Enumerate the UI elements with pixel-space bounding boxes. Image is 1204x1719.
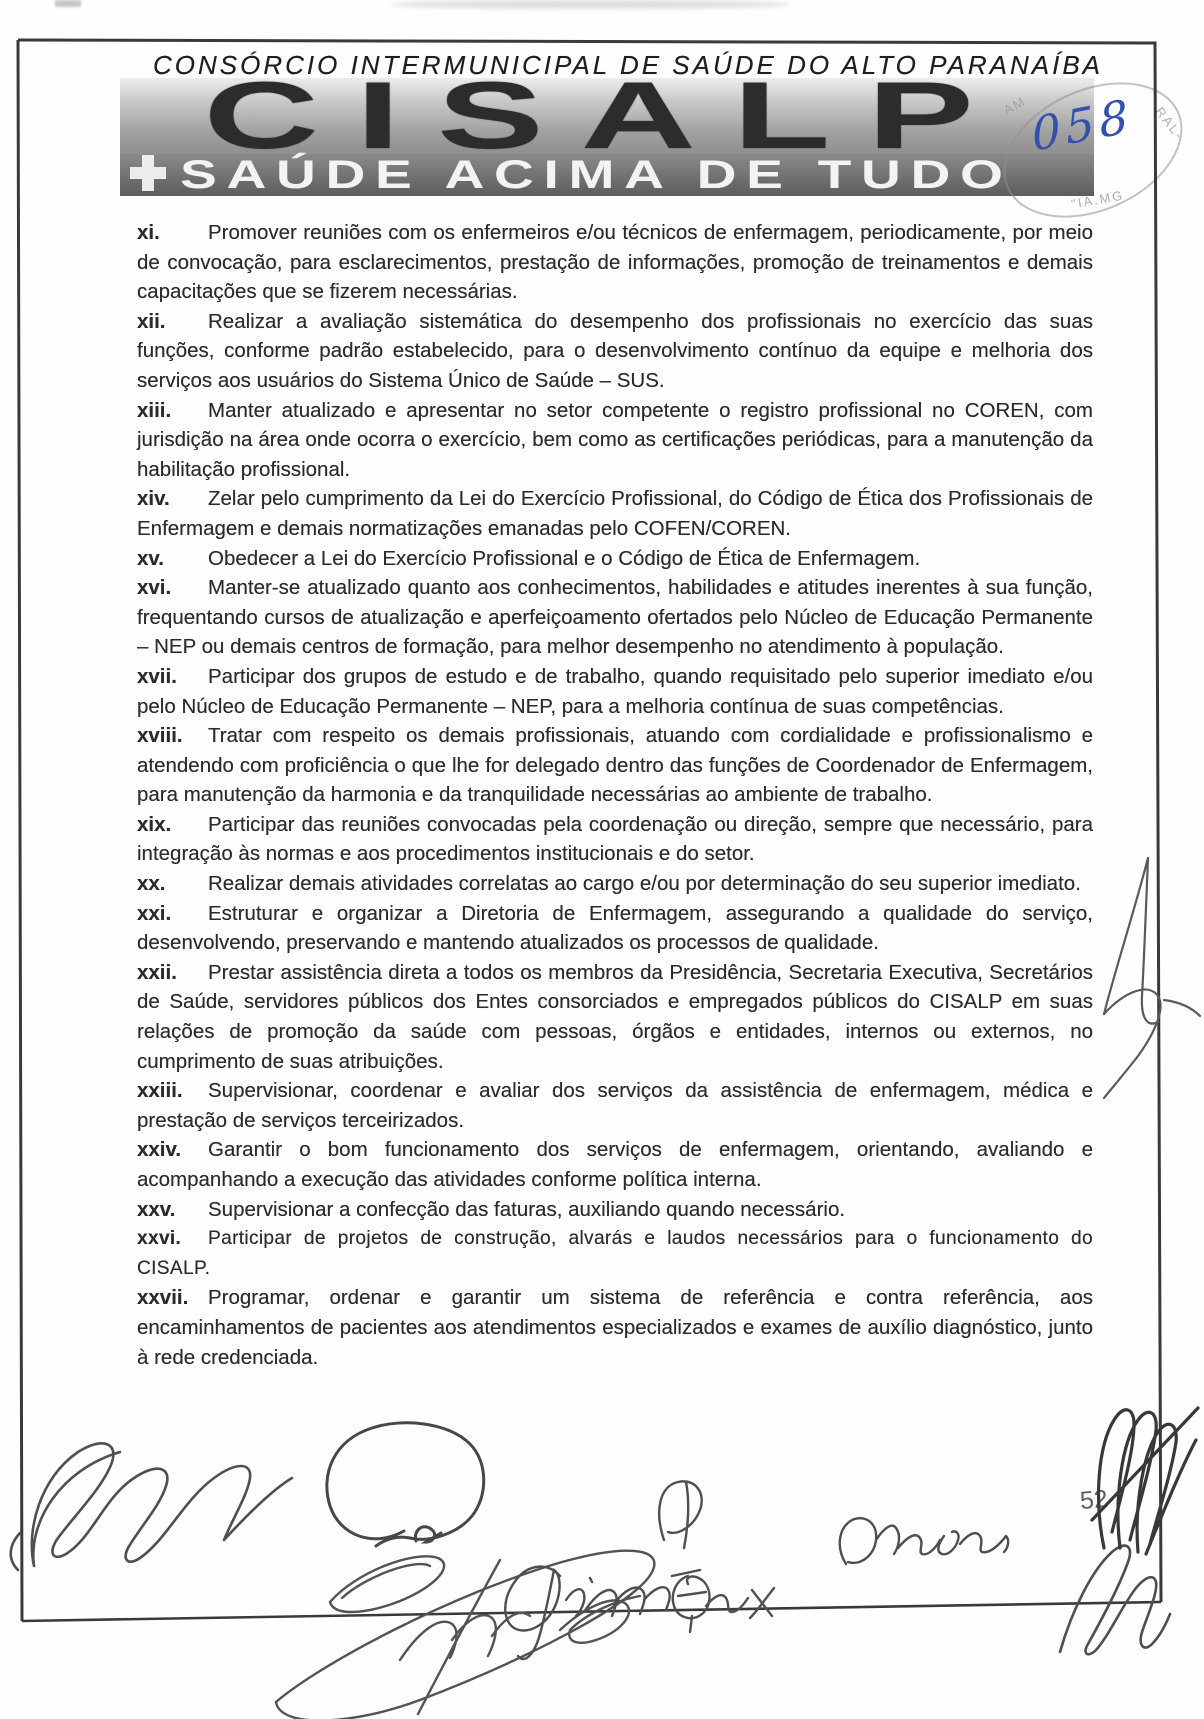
clause-number: xv. [137,544,208,574]
clause-number: xiv. [137,484,208,514]
clause-text: Zelar pelo cumprimento da Lei do Exercíc… [137,487,1093,540]
clause-xiii: xiii.Manter atualizado e apresentar no s… [137,396,1093,485]
plus-icon [130,155,166,196]
logo-tagline: SAÚDE ACIMA DE TUDO [180,155,1013,195]
clause-number: xxv. [137,1195,208,1225]
clause-text: Manter-se atualizado quanto aos conhecim… [137,576,1093,658]
page-number: 52 [1079,1485,1109,1516]
scan-artifact-corner [55,0,81,7]
clause-text: Realizar a avaliação sistemática do dese… [137,310,1093,392]
pen-mark-right-margin [1104,858,1200,1098]
clause-text: Supervisionar, coordenar e avaliar dos s… [137,1079,1093,1132]
signature-6 [1060,1546,1170,1655]
clause-number: xxiii. [137,1076,208,1106]
clause-number: xxvi. [137,1224,208,1254]
logo-top-section: CISALP [120,78,1094,154]
logo-acronym: CISALP [203,78,1010,154]
signature-3 [505,1481,702,1659]
logo-tagline-band: SAÚDE ACIMA DE TUDO [120,154,1094,196]
clause-text: Participar das reuniões convocadas pela … [137,813,1093,866]
clause-xxiv: xxiv.Garantir o bom funcionamento dos se… [137,1135,1093,1194]
clause-xxiii: xxiii.Supervisionar, coordenar e avaliar… [137,1076,1093,1135]
signature-5 [840,1518,1008,1564]
clause-text: Supervisionar a confecção das faturas, a… [208,1198,845,1221]
clause-text: Prestar assistência direta a todos os me… [137,961,1093,1073]
clause-xxii: xxii.Prestar assistência direta a todos … [137,958,1093,1076]
clause-xii: xii.Realizar a avaliação sistemática do … [137,307,1093,396]
clause-number: xvii. [137,662,208,692]
clause-number: xx. [137,869,208,899]
scan-artifact-top [390,0,790,9]
clause-number: xxvii. [137,1283,208,1313]
clause-number: xix. [137,810,208,840]
signature-4 [673,1576,774,1632]
clause-xi: xi.Promover reuniões com os enfermeiros … [137,218,1093,307]
clause-text: Participar dos grupos de estudo e de tra… [137,665,1093,718]
clause-xxvii: xxvii.Programar, ordenar e garantir um s… [137,1283,1093,1372]
clause-xviii: xviii.Tratar com respeito os demais prof… [137,721,1093,810]
clause-number: xxii. [137,958,208,988]
clause-text: Promover reuniões com os enfermeiros e/o… [137,221,1093,303]
clause-xxi: xxi.Estruturar e organizar a Diretoria d… [137,899,1093,958]
clause-text: Realizar demais atividades correlatas ao… [208,872,1081,895]
clause-xvii: xvii.Participar dos grupos de estudo e d… [137,662,1093,721]
clause-text: Tratar com respeito os demais profission… [137,724,1093,806]
clause-xvi: xvi.Manter-se atualizado quanto aos conh… [137,573,1093,662]
signature-1 [11,1443,292,1570]
clause-number: xxiv. [137,1135,208,1165]
clause-list: xi.Promover reuniões com os enfermeiros … [137,218,1093,1372]
clause-xx: xx.Realizar demais atividades correlatas… [137,869,1093,899]
clause-number: xviii. [137,721,208,751]
clause-text: Participar de projetos de construção, al… [137,1228,1093,1279]
clause-text: Estruturar e organizar a Diretoria de En… [137,902,1093,955]
scanned-document-page: CONSÓRCIO INTERMUNICIPAL DE SAÚDE DO ALT… [0,0,1204,1719]
signature-2 [276,1551,654,1719]
clause-xiv: xiv.Zelar pelo cumprimento da Lei do Exe… [137,484,1093,543]
ink-stamp: AM RAL- "IA.MG 058 [985,72,1204,237]
clause-number: xiii. [137,396,208,426]
clause-text: Obedecer a Lei do Exercício Profissional… [208,547,920,570]
signature-circle [327,1423,484,1546]
clause-text: Programar, ordenar e garantir um sistema… [137,1286,1093,1368]
clause-number: xxi. [137,899,208,929]
clause-xxv: xxv.Supervisionar a confecção das fatura… [137,1195,1093,1225]
clause-xix: xix.Participar das reuniões convocadas p… [137,810,1093,869]
cisalp-logo-banner: CISALP SAÚDE ACIMA DE TUDO [120,78,1094,196]
clause-number: xii. [137,307,208,337]
clause-xxvi: xxvi.Participar de projetos de construçã… [137,1224,1093,1283]
signature-7 [1092,1408,1198,1554]
clause-text: Garantir o bom funcionamento dos serviço… [137,1138,1093,1191]
clause-number: xvi. [137,573,208,603]
clause-xv: xv.Obedecer a Lei do Exercício Profissio… [137,544,1093,574]
clause-number: xi. [137,218,208,248]
clause-text: Manter atualizado e apresentar no setor … [137,399,1093,481]
